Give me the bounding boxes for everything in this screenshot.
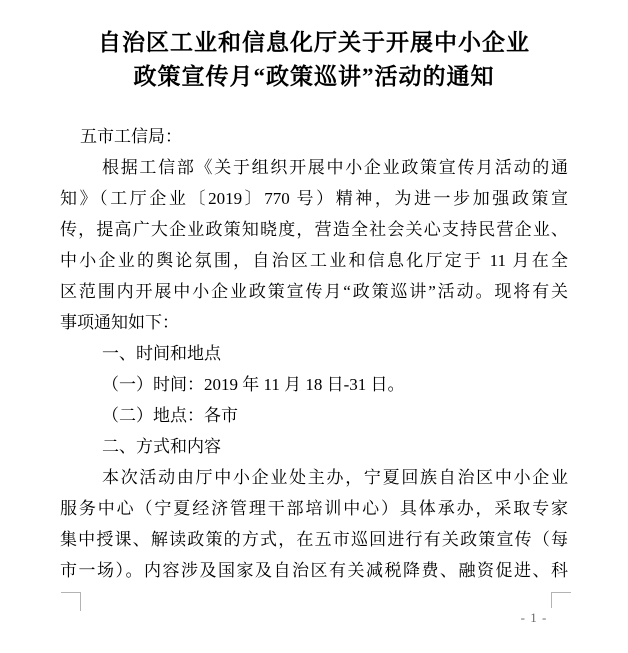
body-line: 本次活动由厅中小企业处主办，宁夏回族自治区中小企业 [60, 462, 568, 493]
body-line: 区范围内开展中小企业政策宣传月“政策巡讲”活动。现将有关 [60, 276, 568, 307]
document-page: 自治区工业和信息化厅关于开展中小企业 政策宣传月“政策巡讲”活动的通知 五市工信… [0, 0, 628, 653]
text-boundary-corner-mark-left [61, 592, 81, 611]
body-line: 一、时间和地点 [60, 338, 568, 369]
page-number: - 1 - [503, 610, 565, 626]
body-line: 集中授课、解读政策的方式，在五市巡回进行有关政策宣传（每 [60, 524, 568, 555]
body-line: 五市工信局： [60, 121, 568, 152]
body-line: 传，提高广大企业政策知晓度，营造全社会关心支持民营企业、 [60, 214, 568, 245]
body-line: 中小企业的舆论氛围，自治区工业和信息化厅定于 11 月在全 [60, 245, 568, 276]
body-line: 事项通知如下： [60, 307, 568, 338]
body-line: （二）地点：各市 [60, 400, 568, 431]
document-body: 五市工信局：根据工信部《关于组织开展中小企业政策宣传月活动的通知》（工厅企业〔2… [60, 121, 568, 586]
body-line: 市一场）。内容涉及国家及自治区有关减税降费、融资促进、科 [60, 555, 568, 586]
body-line: 二、方式和内容 [60, 431, 568, 462]
body-line: 知》（工厅企业〔2019〕770 号）精神，为进一步加强政策宣 [60, 183, 568, 214]
body-line: 根据工信部《关于组织开展中小企业政策宣传月活动的通 [60, 152, 568, 183]
body-line: 服务中心（宁夏经济管理干部培训中心）具体承办，采取专家 [60, 493, 568, 524]
body-line: （一）时间：2019 年 11 月 18 日-31 日。 [60, 369, 568, 400]
document-title: 自治区工业和信息化厅关于开展中小企业 政策宣传月“政策巡讲”活动的通知 [0, 26, 628, 94]
title-line-2: 政策宣传月“政策巡讲”活动的通知 [0, 60, 628, 94]
text-boundary-corner-mark-right [551, 592, 571, 608]
title-line-1: 自治区工业和信息化厅关于开展中小企业 [0, 26, 628, 60]
